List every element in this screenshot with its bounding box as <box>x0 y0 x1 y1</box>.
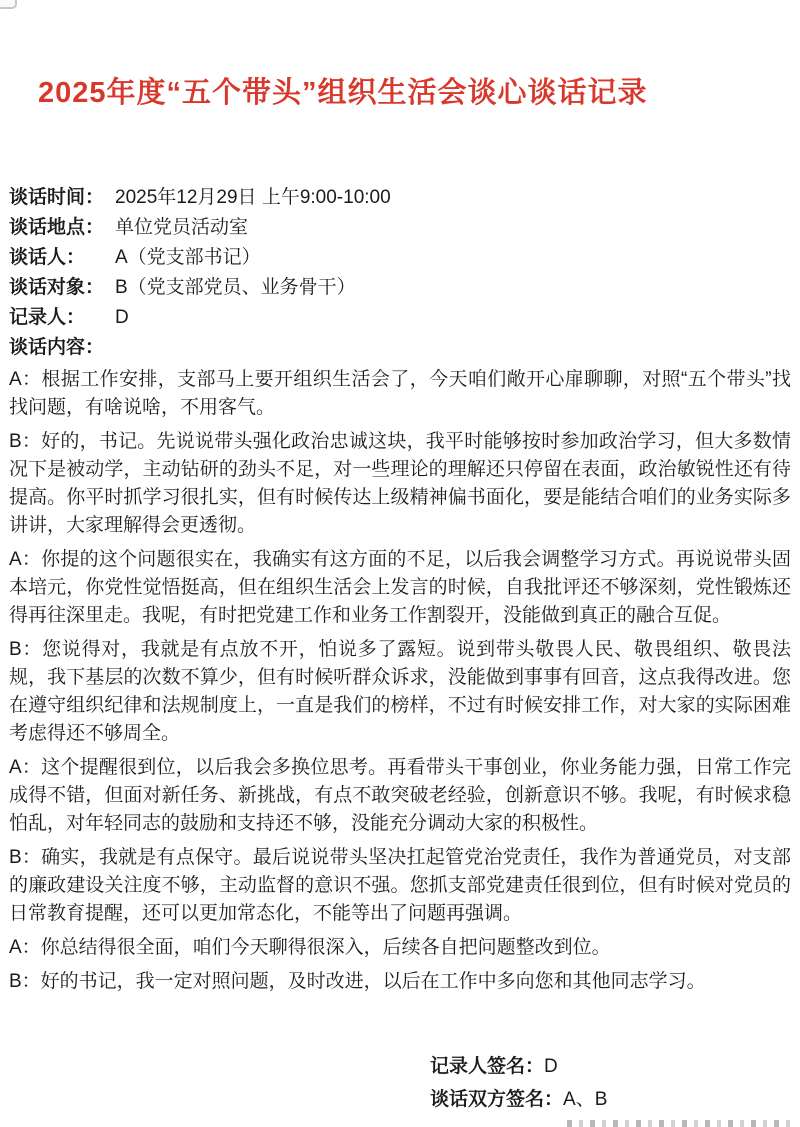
meta-row-interviewee: 谈话对象： B（党支部党员、业务骨干） <box>9 273 791 303</box>
signature-value: A、B <box>563 1083 607 1116</box>
dialogue-paragraph: B：您说得对，我就是有点放不开，怕说多了露短。说到带头敬畏人民、敬畏组织、敬畏法… <box>9 636 791 748</box>
dialogue-section: A：根据工作安排，支部马上要开组织生活会了，今天咱们敞开心扉聊聊，对照“五个带头… <box>9 366 791 996</box>
document-title: 2025年度“五个带头”组织生活会谈心谈话记录 <box>38 73 791 113</box>
meta-row-content-heading: 谈话内容： <box>9 333 791 363</box>
meta-value: B（党支部党员、业务骨干） <box>115 273 356 303</box>
meta-row-talk-time: 谈话时间： 2025年12月29日 上午9:00-10:00 <box>9 183 791 213</box>
meta-value: 2025年12月29日 上午9:00-10:00 <box>115 183 391 213</box>
signature-label: 记录人签名： <box>430 1050 544 1083</box>
meta-row-interviewer: 谈话人： A（党支部书记） <box>9 243 791 273</box>
meta-label: 谈话地点： <box>9 213 115 243</box>
document-page: 2025年度“五个带头”组织生活会谈心谈话记录 谈话时间： 2025年12月29… <box>0 0 800 1127</box>
dialogue-paragraph: B：确实，我就是有点保守。最后说说带头坚决扛起管党治党责任，我作为普通党员，对支… <box>9 844 791 928</box>
dialogue-paragraph: B：好的书记，我一定对照问题，及时改进，以后在工作中多向您和其他同志学习。 <box>9 968 791 996</box>
dialogue-paragraph: A：你提的这个问题很实在，我确实有这方面的不足，以后我会调整学习方式。再说说带头… <box>9 546 791 630</box>
signature-value: D <box>544 1050 558 1083</box>
meta-row-recorder: 记录人： D <box>9 303 791 333</box>
meta-section: 谈话时间： 2025年12月29日 上午9:00-10:00 谈话地点： 单位党… <box>9 183 791 363</box>
page-corner-artifact <box>0 0 17 9</box>
both-parties-signature-row: 谈话双方签名： A、B <box>430 1083 791 1116</box>
meta-label: 谈话对象： <box>9 273 115 303</box>
meta-value: D <box>115 303 129 333</box>
signature-label: 谈话双方签名： <box>430 1083 563 1116</box>
meta-row-talk-place: 谈话地点： 单位党员活动室 <box>9 213 791 243</box>
meta-label: 谈话时间： <box>9 183 115 213</box>
dialogue-paragraph: A：这个提醒很到位，以后我会多换位思考。再看带头干事创业，你业务能力强，日常工作… <box>9 754 791 838</box>
meta-label: 记录人： <box>9 303 115 333</box>
meta-value: 单位党员活动室 <box>115 213 248 243</box>
meta-label: 谈话人： <box>9 243 115 273</box>
meta-value: A（党支部书记） <box>115 243 261 273</box>
dialogue-paragraph: A：你总结得很全面，咱们今天聊得很深入，后续各自把问题整改到位。 <box>9 934 791 962</box>
cutoff-text-fragment <box>567 1120 795 1127</box>
dialogue-paragraph: B：好的，书记。先说说带头强化政治忠诚这块，我平时能够按时参加政治学习，但大多数… <box>9 428 791 540</box>
recorder-signature-row: 记录人签名： D <box>430 1050 791 1083</box>
signature-section: 记录人签名： D 谈话双方签名： A、B <box>430 1050 791 1116</box>
dialogue-paragraph: A：根据工作安排，支部马上要开组织生活会了，今天咱们敞开心扉聊聊，对照“五个带头… <box>9 366 791 422</box>
meta-label: 谈话内容： <box>9 333 115 363</box>
